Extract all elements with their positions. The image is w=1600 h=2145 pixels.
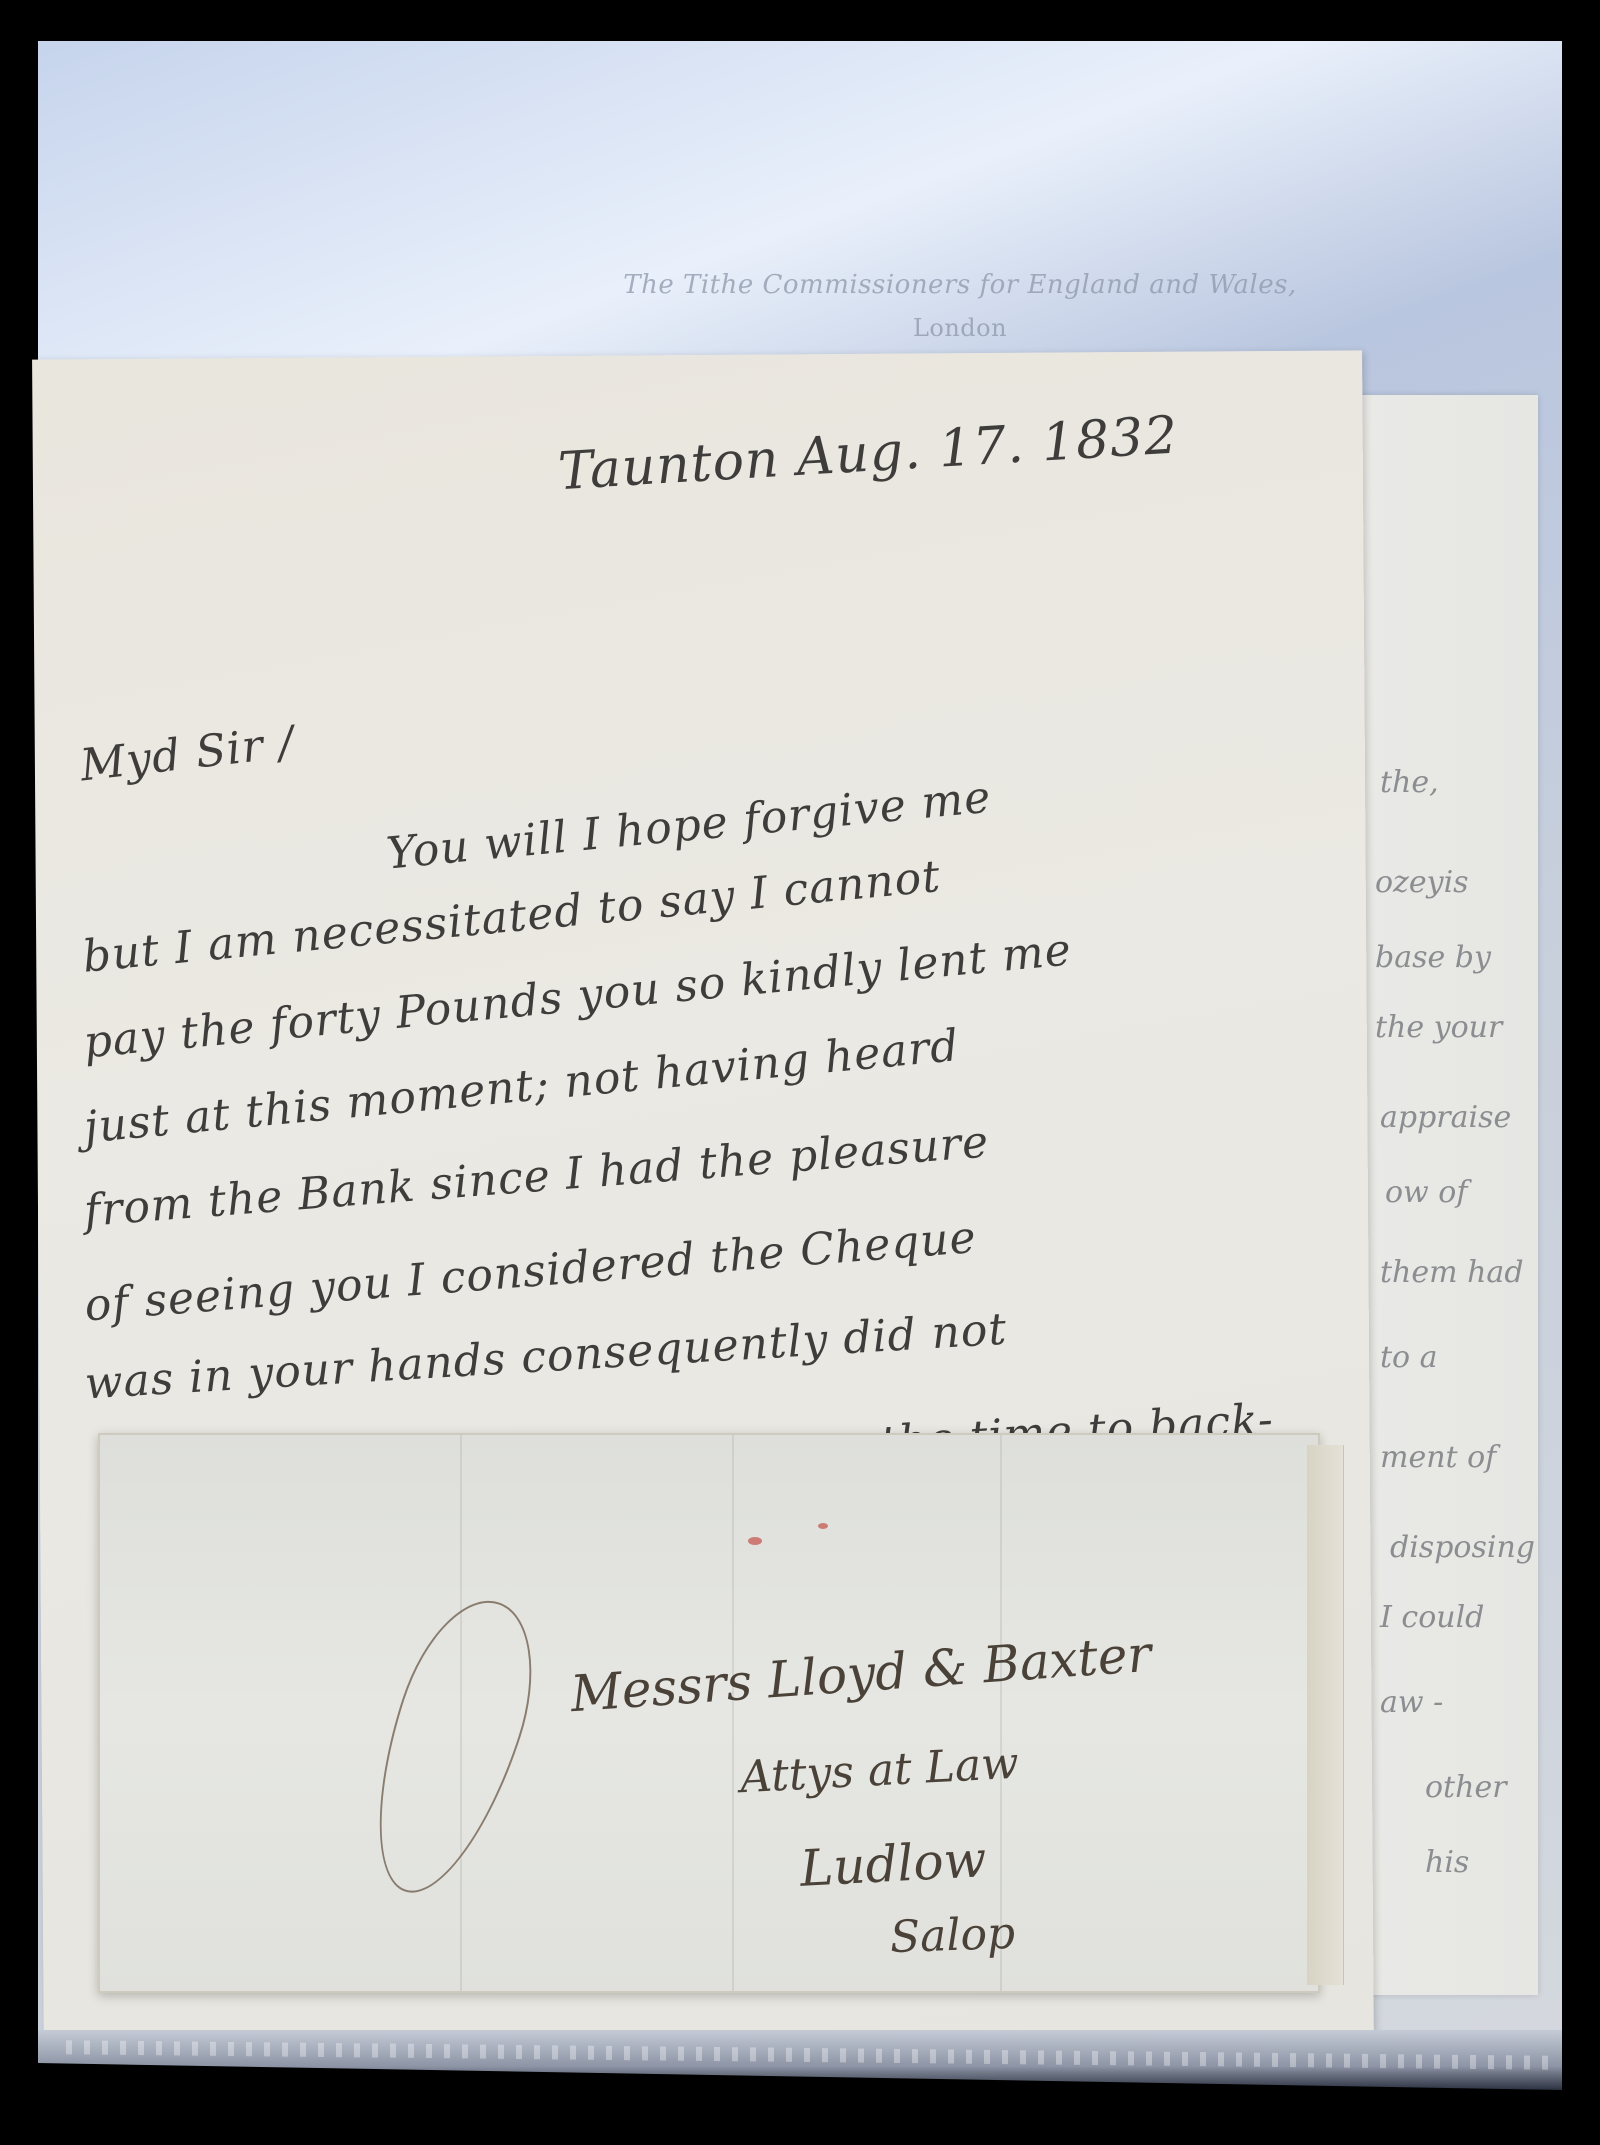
back-document-printed-header: The Tithe Commissioners for England and …: [560, 270, 1360, 342]
back-fragment: them had: [1380, 1255, 1524, 1290]
back-fragment: base by: [1375, 940, 1491, 975]
back-fragment: to a: [1380, 1340, 1438, 1375]
back-fragment: the,: [1380, 765, 1439, 800]
address-line: Salop: [889, 1908, 1016, 1963]
letter-dateline: Taunton Aug. 17. 1832: [557, 405, 1180, 502]
printed-header-line: The Tithe Commissioners for England and …: [560, 270, 1360, 300]
printed-subheader-line: London: [560, 314, 1360, 342]
back-fragment: other: [1425, 1770, 1507, 1805]
back-fragment: the your: [1375, 1010, 1502, 1045]
back-fragment: his: [1425, 1845, 1469, 1880]
back-fragment: aw -: [1380, 1685, 1443, 1720]
address-line: Attys at Law: [739, 1738, 1020, 1804]
back-fragment: appraise: [1380, 1100, 1511, 1135]
back-fragment: ment of: [1380, 1440, 1496, 1475]
back-fragment: ozeyis: [1375, 865, 1469, 900]
back-fragment: ow of: [1385, 1175, 1467, 1210]
address-line: Messrs Lloyd & Baxter: [569, 1625, 1153, 1723]
red-seal-mark: [748, 1537, 762, 1545]
back-fragment: disposing: [1390, 1530, 1535, 1565]
postal-rate-mark-8: [346, 1583, 558, 1910]
letter-salutation: Myd Sir /: [78, 717, 297, 792]
envelope-flap: [1307, 1445, 1344, 1985]
folded-envelope: Messrs Lloyd & Baxter Attys at Law Ludlo…: [98, 1433, 1320, 1993]
address-line: Ludlow: [799, 1830, 988, 1898]
envelope-fold: [732, 1435, 734, 1991]
red-seal-mark: [818, 1523, 828, 1529]
back-fragment: I could: [1380, 1600, 1484, 1635]
